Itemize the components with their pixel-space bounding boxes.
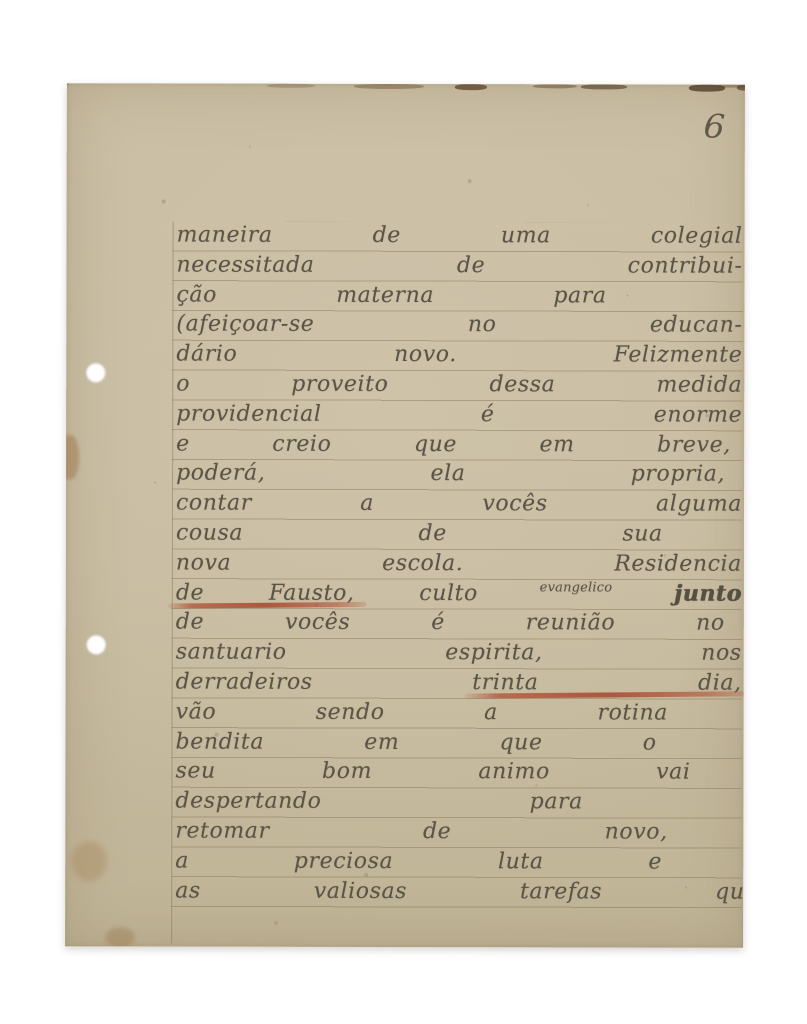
- handwriting-line: contar a vocês alguma: [176, 489, 742, 520]
- bottom-left-stain: [71, 841, 107, 881]
- handwriting-block: maneira de uma colegialnecessitada de co…: [175, 221, 742, 908]
- punch-hole-top: [86, 363, 105, 382]
- handwriting-text: seu bom animo vai: [175, 759, 690, 785]
- handwriting-line: santuario espirita, nos: [176, 638, 742, 669]
- letter-page: 6 maneira de uma colegialnecessitada de …: [65, 83, 745, 947]
- handwriting-text: o proveito dessa medida: [176, 372, 742, 398]
- bottom-left-stain: [105, 927, 135, 947]
- margin-rule-line: [171, 222, 174, 944]
- handwriting-text: ção materna para: [176, 282, 606, 308]
- handwriting-line: e creio que em breve,: [176, 429, 731, 460]
- handwriting-line: bendita em que o: [175, 727, 656, 758]
- handwriting-text: de vocês é reunião no: [176, 610, 725, 636]
- handwriting-text: bendita em que o: [175, 729, 656, 755]
- top-edge-stain: [581, 84, 627, 89]
- handwriting-text: cousa de sua: [176, 520, 663, 546]
- top-edge-stain: [533, 84, 577, 88]
- top-edge-stain: [737, 85, 745, 91]
- handwriting-text: maneira de uma colegial: [177, 223, 743, 249]
- handwriting-text: contar a vocês alguma: [176, 491, 742, 517]
- top-edge-stain: [267, 84, 315, 88]
- handwriting-text: retomar de novo,: [175, 818, 667, 844]
- handwriting-line: providencial é enorme: [176, 399, 742, 430]
- punch-hole-bottom: [87, 635, 106, 654]
- top-edge-stain: [689, 85, 725, 92]
- top-edge-stain: [354, 84, 424, 89]
- handwriting-line: nova escola. Residencia: [176, 548, 742, 579]
- handwriting-text: vão sendo a rotina: [176, 699, 668, 725]
- handwriting-text: derradeiros: [176, 669, 313, 694]
- red-underlined-text: trinta dia,: [472, 670, 741, 696]
- handwriting-line: de vocês é reunião no: [176, 608, 725, 639]
- handwriting-text: as valiosas tarefas que: [175, 878, 745, 904]
- handwriting-line: necessitada de contribui-: [176, 250, 742, 281]
- handwriting-text: nova escola. Residencia: [176, 550, 742, 576]
- handwriting-line: vão sendo a rotina: [176, 697, 668, 728]
- top-edge-stain: [719, 85, 745, 88]
- handwriting-line: cousa de sua: [176, 518, 663, 549]
- handwriting-text: culto: [419, 581, 478, 606]
- top-edge-stain: [455, 84, 487, 90]
- handwriting-line: despertando para: [175, 787, 583, 818]
- handwriting-line: a preciosa luta e: [175, 846, 662, 877]
- paper-speckles: [67, 83, 69, 85]
- handwriting-line: seu bom animo vai: [175, 757, 690, 788]
- handwriting-line: dário novo. Felizmente: [176, 340, 742, 371]
- handwriting-text: despertando para: [175, 789, 583, 815]
- handwriting-text: (afeiçoar-se no educan-: [176, 312, 742, 338]
- handwriting-text: poderá, ela propria,: [176, 461, 725, 487]
- handwriting-text: santuario espirita, nos: [176, 640, 742, 666]
- handwriting-text: e creio que em breve,: [176, 431, 731, 457]
- handwriting-line: de Fausto, culto evangelico junto: [176, 578, 742, 609]
- handwriting-text: providencial é enorme: [176, 401, 742, 427]
- red-underlined-text: de Fausto,: [176, 580, 355, 605]
- handwriting-line: as valiosas tarefas que: [175, 876, 745, 907]
- handwriting-line: (afeiçoar-se no educan-: [176, 310, 742, 341]
- handwriting-line: poderá, ela propria,: [176, 459, 725, 490]
- handwriting-text: a preciosa luta e: [175, 848, 662, 874]
- handwriting-line: maneira de uma colegial: [177, 221, 743, 252]
- handwriting-text: junto: [674, 580, 742, 606]
- handwriting-line: retomar de novo,: [175, 816, 667, 847]
- left-edge-stain: [65, 435, 79, 479]
- handwriting-text: necessitada de contribui-: [176, 252, 742, 278]
- scanned-document: 6 maneira de uma colegialnecessitada de …: [0, 0, 807, 1024]
- handwriting-line: ção materna para: [176, 280, 606, 311]
- page-number: 6: [702, 106, 726, 146]
- handwriting-line: o proveito dessa medida: [176, 370, 742, 401]
- inserted-word: evangelico: [540, 580, 613, 595]
- handwriting-text: dário novo. Felizmente: [176, 342, 742, 368]
- handwriting-line: derradeiros trinta dia,: [176, 667, 742, 698]
